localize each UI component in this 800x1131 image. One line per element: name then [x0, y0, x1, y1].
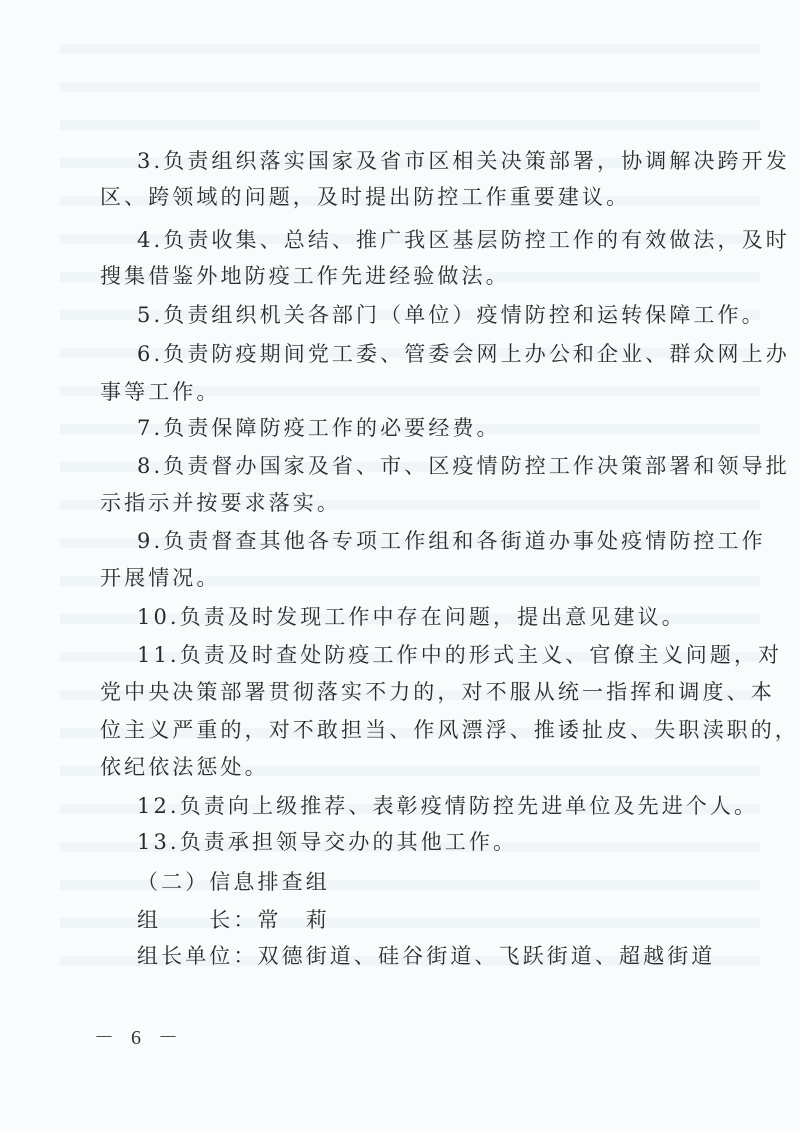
section-heading-info-screening: （二）信息排查组	[137, 870, 330, 894]
item-11-line-2: 党中央决策部署贯彻落实不力的，对不服从统一指挥和调度、本	[100, 680, 775, 704]
item-6-line-2: 事等工作。	[100, 380, 221, 404]
document-page: 3.负责组织落实国家及省市区相关决策部署，协调解决跨开发 区、跨领域的问题，及时…	[0, 0, 800, 1131]
item-13-line-1: 13.负责承担领导交办的其他工作。	[137, 830, 517, 854]
item-9-line-1: 9.负责督查其他各专项工作组和各街道办事处疫情防控工作	[137, 529, 766, 553]
item-11-line-4: 依纪依法惩处。	[100, 755, 269, 779]
item-3-line-1: 3.负责组织落实国家及省市区相关决策部署，协调解决跨开发	[137, 149, 790, 173]
item-8-line-2: 示指示并按要求落实。	[100, 491, 341, 515]
item-8-line-1: 8.负责督办国家及省、市、区疫情防控工作决策部署和领导批	[137, 454, 790, 478]
item-4-line-2: 搜集借鉴外地防疫工作先进经验做法。	[100, 264, 510, 288]
item-6-line-1: 6.负责防疫期间党工委、管委会网上办公和企业、群众网上办	[137, 342, 790, 366]
item-10-line-1: 10.负责及时发现工作中存在问题，提出意见建议。	[137, 605, 686, 629]
item-5-line-1: 5.负责组织机关各部门（单位）疫情防控和运转保障工作。	[137, 303, 766, 327]
item-7-line-1: 7.负责保障防疫工作的必要经费。	[137, 416, 501, 440]
item-3-line-2: 区、跨领域的问题，及时提出防控工作重要建议。	[100, 185, 630, 209]
page-number: － 6 －	[94, 1021, 184, 1050]
item-11-line-3: 位主义严重的，对不敢担当、作风漂浮、推诿扯皮、失职渎职的，	[100, 718, 799, 742]
item-9-line-2: 开展情况。	[100, 566, 221, 590]
item-4-line-1: 4.负责收集、总结、推广我区基层防控工作的有效做法，及时	[137, 228, 790, 252]
group-leader-field: 组 长：常 莉	[137, 908, 330, 932]
item-12-line-1: 12.负责向上级推荐、表彰疫情防控先进单位及先进个人。	[137, 794, 758, 818]
group-leader-unit-field: 组长单位：双德街道、硅谷街道、飞跃街道、超越街道	[137, 944, 715, 968]
item-11-line-1: 11.负责及时查处防疫工作中的形式主义、官僚主义问题，对	[137, 643, 782, 667]
